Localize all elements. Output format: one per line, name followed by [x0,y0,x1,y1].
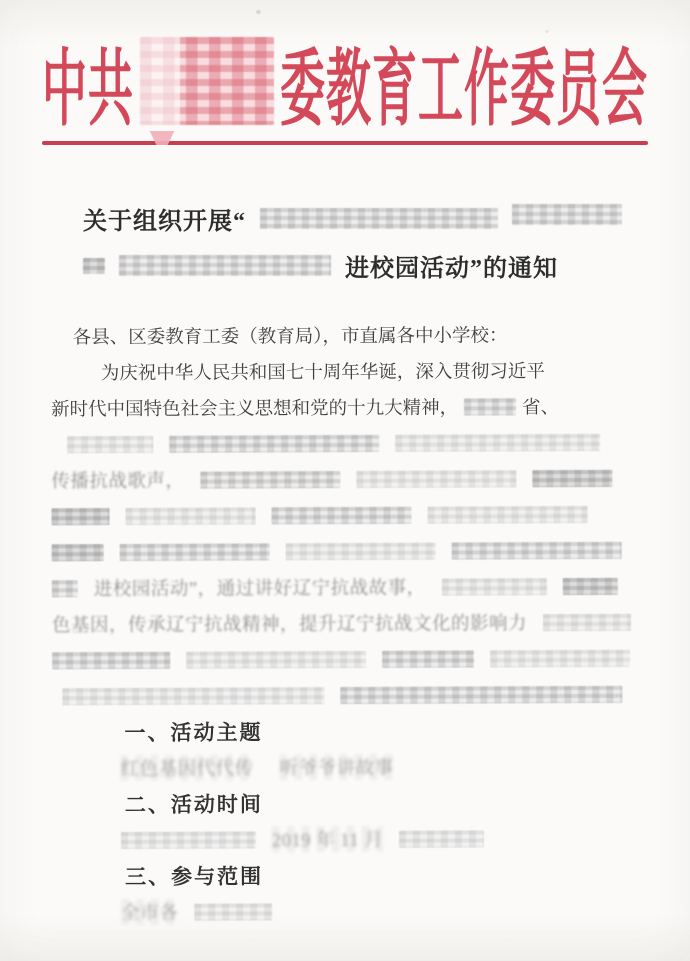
redacted-ghost-text: 进校园活动”，通过讲好辽宁抗战故事， [94,574,426,601]
body-line-salutation: 各县、区委教育工委（教育局），市直属各中小学校： [51,316,645,355]
redaction-block [395,433,600,451]
redaction-block [186,650,366,668]
redaction-block [382,650,474,667]
redaction-block [119,255,331,276]
redaction-block [62,687,324,705]
redaction-block [51,508,109,525]
section-heading-theme: 一、活动主题 [52,712,646,751]
document-title: 关于组织开展“ 进校园活动”的通知 [0,195,690,289]
redaction-block [120,543,270,561]
body-line: 新时代中国特色社会主义思想和党的十九大精神， 省、 [51,388,645,427]
redaction-block [356,470,516,488]
redaction-artifact [148,131,176,145]
redaction-block [125,507,255,525]
letterhead-redaction-block [140,37,274,125]
redaction-block [452,541,622,559]
redaction-block [83,258,105,274]
redaction-block [512,204,622,225]
redacted-ghost-text: 2019 年 11 月 [272,826,383,852]
redaction-block [169,434,379,452]
body-line-redacted [51,496,645,535]
section-body-theme-redacted: 红色基因代代传 听爷爷讲故事 [53,748,647,787]
section-body-scope-redacted: 全市各 [53,892,647,931]
body-line-redacted [52,640,646,679]
redaction-block [271,506,411,524]
body-line: 为庆祝中华人民共和国七十周年华诞，深入贯彻习近平 [51,352,645,391]
redaction-block [67,435,153,452]
redaction-block [399,830,484,847]
salutation-text: 各县、区委教育工委（教育局），市直属各中小学校： [73,321,508,349]
title-text: 关于组织开展“ [83,201,246,236]
paper-speck [256,10,261,14]
paragraph-text: 为庆祝中华人民共和国七十周年华诞，深入贯彻习近平 [101,357,545,385]
document-body: 各县、区委教育工委（教育局），市直属各中小学校： 为庆祝中华人民共和国七十周年华… [51,316,648,931]
body-line-redacted: 进校园活动”，通过讲好辽宁抗战故事， [52,568,646,607]
body-line-redacted [52,532,646,571]
redacted-ghost-text: 听爷爷讲故事 [280,754,394,780]
body-line-redacted: 色基因，传承辽宁抗战精神，提升辽宁抗战文化的影响力 [52,604,646,643]
letterhead-org-suffix: 委教育工作委员会 [280,21,648,141]
redaction-block [427,505,587,523]
redaction-block [194,903,272,920]
body-line-redacted [52,676,646,715]
section-body-time-redacted: 2019 年 11 月 [53,820,647,859]
redaction-block [286,542,436,560]
title-line-2: 进校园活动”的通知 [83,242,690,289]
scanned-document-page: 中共 委教育工作委员会 关于组织开展“ 进校园活动”的通知 各县、区委教育工委（… [0,0,690,961]
paragraph-text: 新时代中国特色社会主义思想和党的十九大精神， [51,394,458,422]
body-line-redacted: 传播抗战歌声， [51,460,645,499]
redaction-block [340,685,622,703]
redaction-block [563,577,618,594]
redaction-block [543,613,631,630]
redaction-block [200,471,340,489]
redacted-ghost-text: 色基因，传承辽宁抗战精神，提升辽宁抗战文化的影响力 [52,609,527,637]
redaction-block [121,831,256,849]
redaction-block [52,651,170,669]
title-text: 进校园活动”的通知 [345,248,558,283]
redacted-ghost-text: 全市各 [121,899,178,925]
title-line-1: 关于组织开展“ [83,195,690,242]
letterhead: 中共 委教育工作委员会 [0,30,690,132]
redaction-block [52,580,78,597]
redaction-block [442,578,547,595]
letterhead-org-prefix: 中共 [42,21,134,141]
paragraph-text: 省、 [522,393,559,419]
redacted-ghost-text: 红色基因代代传 [121,754,254,781]
redaction-block [490,649,630,667]
section-heading-time: 二、活动时间 [53,784,647,823]
section-heading-scope: 三、参与范围 [53,856,647,895]
redaction-block [52,544,104,561]
body-line-redacted [51,424,645,463]
letterhead-rule [42,141,648,145]
redacted-ghost-text: 传播抗战歌声， [51,467,184,494]
redaction-block [464,398,516,415]
redaction-block [260,208,498,229]
redaction-block [532,469,612,486]
